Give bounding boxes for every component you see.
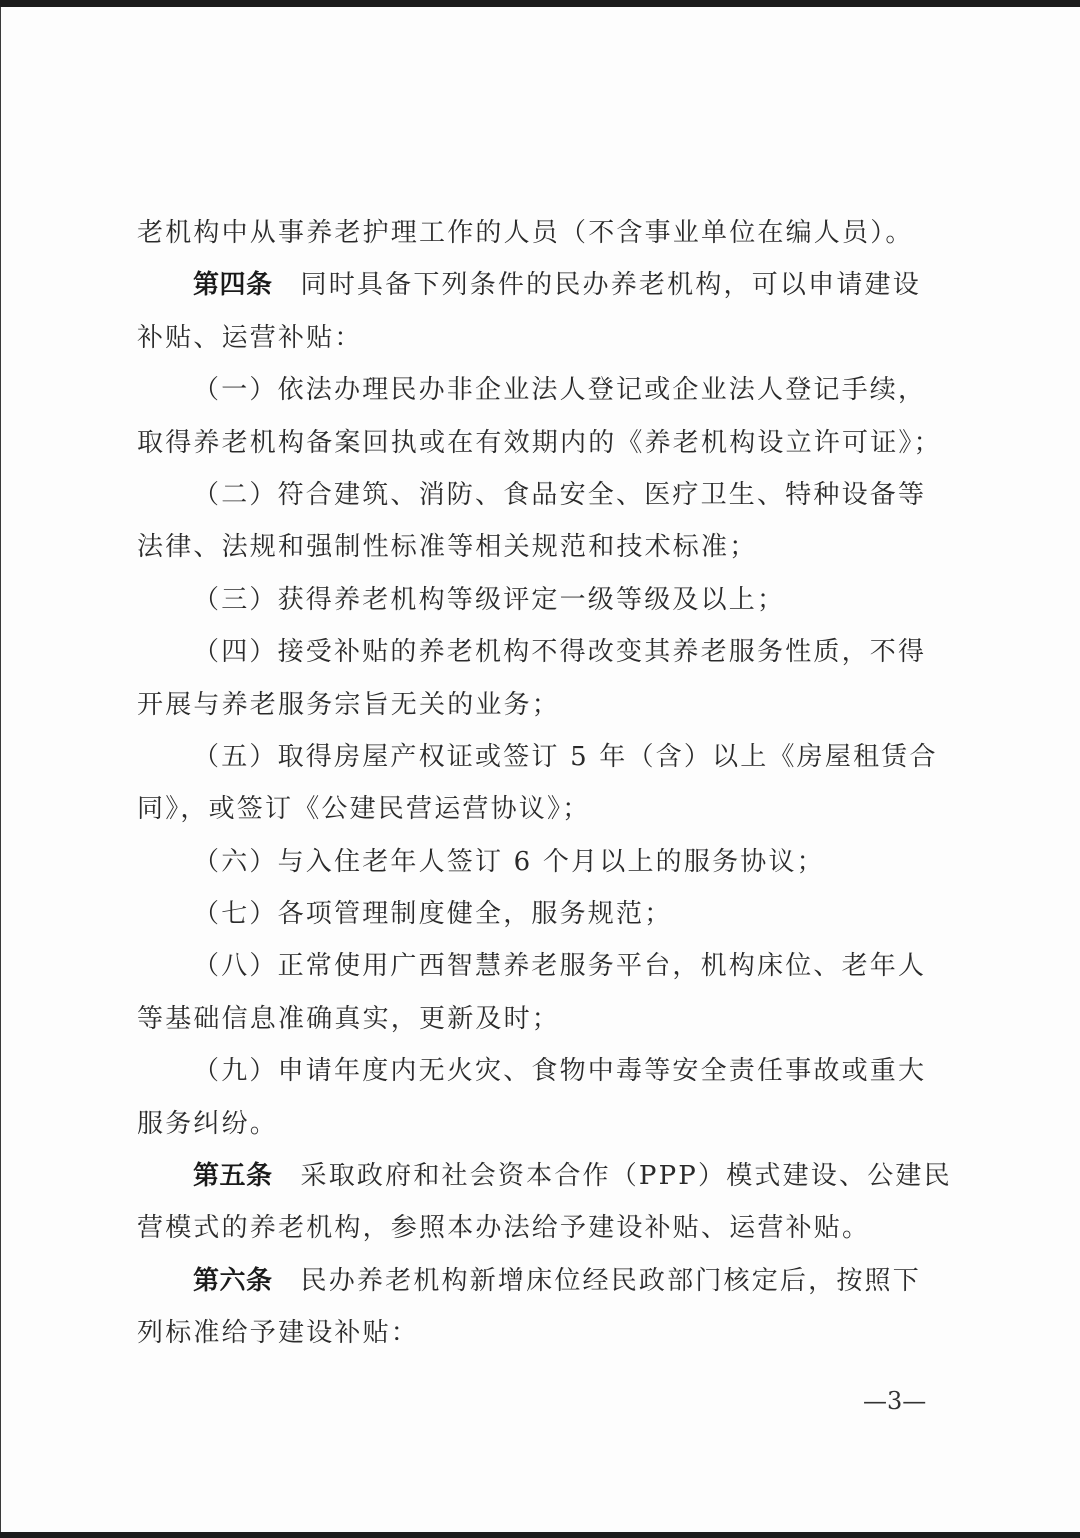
article-number: 第五条: [193, 1161, 273, 1191]
clause-9: （九）申请年度内无火灾、食物中毒等安全责任事故或重大: [137, 1045, 955, 1097]
line-text: （六）与入住老年人签订 6 个月以上的服务协议；: [193, 847, 825, 877]
line-text: 同》，或签订《公建民营运营协议》；: [137, 794, 590, 824]
text-line: 开展与养老服务宗旨无关的业务；: [137, 679, 955, 731]
clause-4: （四）接受补贴的养老机构不得改变其养老服务性质，不得: [137, 626, 955, 678]
clause-7: （七）各项管理制度健全，服务规范；: [137, 888, 955, 940]
text-line: 列标准给予建设补贴：: [137, 1307, 955, 1359]
clause-8: （八）正常使用广西智慧养老服务平台，机构床位、老年人: [137, 940, 955, 992]
line-text: （一）依法办理民办非企业法人登记或企业法人登记手续，: [193, 375, 926, 405]
line-text: 开展与养老服务宗旨无关的业务；: [137, 690, 560, 720]
page-number: —3—: [863, 1387, 926, 1415]
clause-6: （六）与入住老年人签订 6 个月以上的服务协议；: [137, 836, 955, 888]
line-text: （八）正常使用广西智慧养老服务平台，机构床位、老年人: [193, 951, 926, 981]
line-text: 采取政府和社会资本合作（PPP）模式建设、公建民: [301, 1161, 952, 1191]
article-6-heading: 第六条民办养老机构新增床位经民政部门核定后，按照下: [137, 1255, 955, 1307]
document-page: 老机构中从事养老护理工作的人员（不含事业单位在编人员）。 第四条同时具备下列条件…: [0, 7, 1080, 1532]
line-text: 营模式的养老机构，参照本办法给予建设补贴、运营补贴。: [137, 1213, 870, 1243]
line-text: 老机构中从事养老护理工作的人员（不含事业单位在编人员）。: [137, 218, 914, 248]
article-number: 第四条: [193, 270, 273, 300]
line-text: （三）获得养老机构等级评定一级等级及以上；: [193, 585, 785, 615]
line-text: 补贴、运营补贴：: [137, 323, 363, 353]
line-text: （九）申请年度内无火灾、食物中毒等安全责任事故或重大: [193, 1056, 926, 1086]
clause-2: （二）符合建筑、消防、食品安全、医疗卫生、特种设备等: [137, 469, 955, 521]
text-line: 取得养老机构备案回执或在有效期内的《养老机构设立许可证》；: [137, 417, 955, 469]
text-line: 营模式的养老机构，参照本办法给予建设补贴、运营补贴。: [137, 1202, 955, 1254]
line-text: （七）各项管理制度健全，服务规范；: [193, 899, 672, 929]
line-text: 同时具备下列条件的民办养老机构，可以申请建设: [301, 270, 921, 300]
document-body: 老机构中从事养老护理工作的人员（不含事业单位在编人员）。 第四条同时具备下列条件…: [137, 207, 955, 1360]
article-number: 第六条: [193, 1266, 273, 1296]
text-line: 同》，或签订《公建民营运营协议》；: [137, 783, 955, 835]
article-5-heading: 第五条采取政府和社会资本合作（PPP）模式建设、公建民: [137, 1150, 955, 1202]
line-text: （四）接受补贴的养老机构不得改变其养老服务性质，不得: [193, 637, 926, 667]
line-text: 法律、法规和强制性标准等相关规范和技术标准；: [137, 532, 757, 562]
line-text: （五）取得房屋产权证或签订 5 年（含）以上《房屋租赁合: [193, 742, 938, 772]
line-text: 服务纠纷。: [137, 1109, 278, 1139]
clause-5: （五）取得房屋产权证或签订 5 年（含）以上《房屋租赁合: [137, 731, 955, 783]
clause-1: （一）依法办理民办非企业法人登记或企业法人登记手续，: [137, 364, 955, 416]
line-text: （二）符合建筑、消防、食品安全、医疗卫生、特种设备等: [193, 480, 926, 510]
text-line: 等基础信息准确真实，更新及时；: [137, 993, 955, 1045]
clause-3: （三）获得养老机构等级评定一级等级及以上；: [137, 574, 955, 626]
line-text: 等基础信息准确真实，更新及时；: [137, 1004, 560, 1034]
text-line: 法律、法规和强制性标准等相关规范和技术标准；: [137, 521, 955, 573]
article-4-heading: 第四条同时具备下列条件的民办养老机构，可以申请建设: [137, 259, 955, 311]
line-text: 列标准给予建设补贴：: [137, 1318, 419, 1348]
text-line: 补贴、运营补贴：: [137, 312, 955, 364]
text-line: 老机构中从事养老护理工作的人员（不含事业单位在编人员）。: [137, 207, 955, 259]
line-text: 取得养老机构备案回执或在有效期内的《养老机构设立许可证》；: [137, 428, 942, 458]
line-text: 民办养老机构新增床位经民政部门核定后，按照下: [301, 1266, 921, 1296]
text-line: 服务纠纷。: [137, 1098, 955, 1150]
